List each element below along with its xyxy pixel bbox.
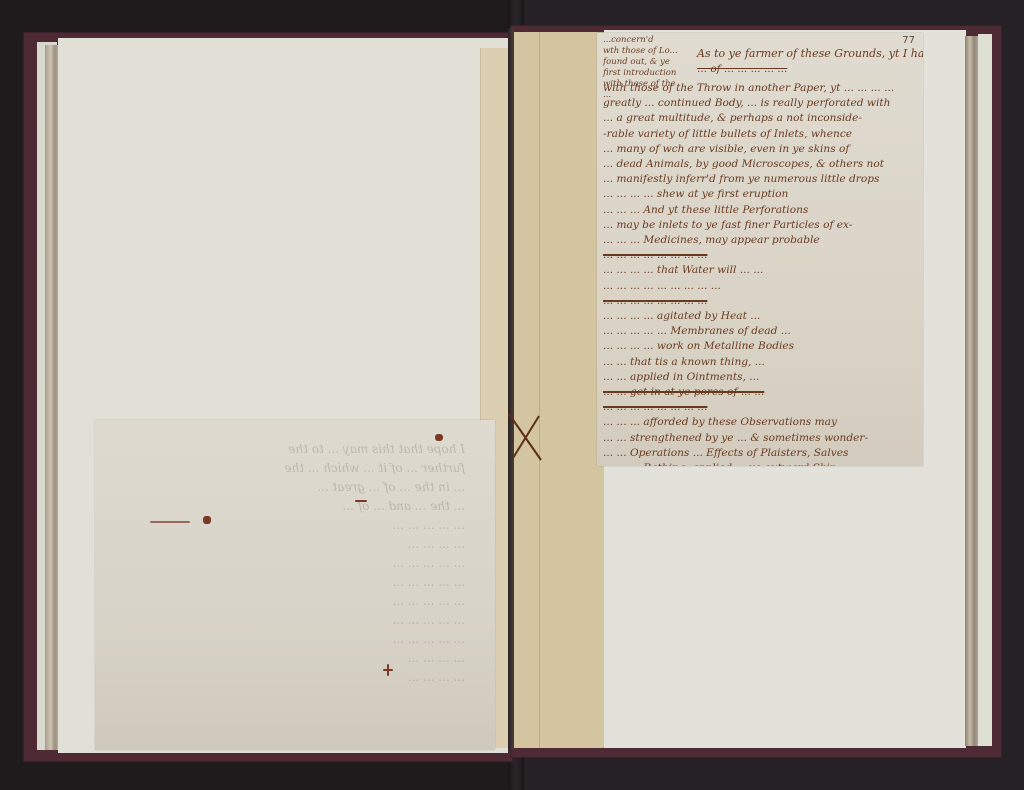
- manuscript-line: ... ... ... ... agitated by Heat ...: [603, 309, 917, 324]
- manuscript-body: with those of the Throw in another Paper…: [603, 81, 917, 466]
- right-manuscript-letter: 77 ...concern'd wth those of Lo... found…: [597, 33, 923, 466]
- manuscript-line: ... ... ... ... shew at ye first eruptio…: [603, 187, 917, 202]
- ink-stroke: [355, 500, 367, 502]
- manuscript-line: ... ... ... ... ... ... ... ... ...: [603, 279, 917, 294]
- manuscript-line: ... many of wch are visible, even in ye …: [603, 142, 917, 157]
- manuscript-line: ... ... Operations ... Effects of Plaist…: [603, 446, 917, 461]
- guard-fold-line: [539, 32, 540, 748]
- right-page-edges: [965, 36, 979, 746]
- manuscript-line: ... may be inlets to ye fast finer Parti…: [603, 218, 917, 233]
- manuscript-line: ... ... ... Medicines, may appear probab…: [603, 233, 917, 248]
- cross-out-mark: [505, 412, 545, 462]
- left-page-edges: [45, 45, 59, 750]
- manuscript-line: ... ... get in at ye pores of ... ...: [603, 385, 917, 400]
- folio-number: 77: [902, 35, 915, 46]
- ink-blot: [203, 516, 211, 524]
- manuscript-line: ... ... ... ... that Water will ... ...: [603, 263, 917, 278]
- manuscript-line: ... a great multitude, & perhaps a not i…: [603, 111, 917, 126]
- struck-line: ... of ... ... ... ... ...: [697, 63, 913, 75]
- ink-stroke: [150, 521, 190, 523]
- manuscript-line: ... ... ... ... ... ... ... ...: [603, 400, 917, 415]
- manuscript-line: ... ... ... ... ... ... ... ...: [603, 294, 917, 309]
- manuscript-line: with those of the Throw in another Paper…: [603, 81, 917, 96]
- manuscript-line: ... ... strengthened by ye ... & sometim…: [603, 431, 917, 446]
- manuscript-line: ... ... ... Bathing, applied ... ye outw…: [603, 461, 917, 466]
- opening-line: As to ye farmer of these Grounds, yt I h…: [697, 47, 913, 60]
- right-guard-strip: [514, 32, 606, 748]
- ink-blot: [435, 434, 443, 441]
- manuscript-line: ... dead Animals, by good Microscopes, &…: [603, 157, 917, 172]
- manuscript-line: ... ... ... And yt these little Perforat…: [603, 203, 917, 218]
- manuscript-line: -rable variety of little bullets of Inle…: [603, 127, 917, 142]
- manuscript-line: greatly ... continued Body, ... is reall…: [603, 96, 917, 111]
- show-through-text: I hope that this may ... to the further …: [135, 440, 465, 687]
- manuscript-line: ... ... that tis a known thing, ...: [603, 355, 917, 370]
- ink-stroke: [387, 664, 389, 676]
- right-leaf-stack: [978, 34, 992, 746]
- manuscript-line: ... ... ... ... ... Membranes of dead ..…: [603, 324, 917, 339]
- left-manuscript-letter: I hope that this may ... to the further …: [95, 420, 495, 750]
- manuscript-line: ... ... ... ... ... ... ... ...: [603, 248, 917, 263]
- manuscript-line: ... ... applied in Ointments, ...: [603, 370, 917, 385]
- manuscript-line: ... manifestly inferr'd from ye numerous…: [603, 172, 917, 187]
- manuscript-line: ... ... ... afforded by these Observatio…: [603, 415, 917, 430]
- manuscript-line: ... ... ... ... work on Metalline Bodies: [603, 339, 917, 354]
